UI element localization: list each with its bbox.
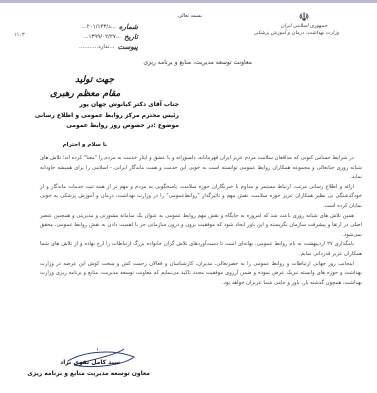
paragraph: همین تلاش های شبانه روزی باعث شد که امرو…	[40, 212, 362, 241]
letter-subject: موضوع :در خصوص روز روابط عمومی	[0, 121, 179, 132]
addressee-block: جناب آقای دکتر کیانوش جهان پور رئیس محتر…	[0, 100, 179, 132]
signature-mark: ۱	[96, 347, 99, 353]
letter-meta: شماره ...د/۲۰۱/۱۴۳... تاریخ ...۱۳۹۹/۰۲/۲…	[48, 22, 138, 52]
paragraph: در شرایط حساس کنونی که مدافعان سلامت مرد…	[40, 154, 362, 183]
letterhead-emblem: ☫ جمهوری اسلامی ایران وزارت بهداشت، درما…	[269, 11, 339, 37]
bismillah: بسمه تعالی	[178, 13, 202, 19]
paragraph: ارائه و اطلاع رسانی مرتب، ارتباط مستمر و…	[40, 183, 362, 212]
number-label: شماره	[119, 22, 138, 32]
deputy-heading: معاونت توسعه مدیریت، منابع و برنامه ریزی	[143, 59, 252, 66]
greeting: با سلام و احترام	[63, 142, 107, 148]
attachment-label: پیوست	[118, 42, 138, 52]
reference-code: ۱۱۰۳	[14, 32, 25, 38]
emblem-line-2: وزارت بهداشت، درمان و آموزش پزشکی	[269, 30, 339, 37]
addressee-title: رئیس محترم مرکز روابط عمومی و اطلاع رسان…	[0, 111, 179, 122]
paragraph: اینجانب روز جهانی ارتباطات و روابط عمومی…	[40, 260, 362, 289]
signer-title: معاون توسعه مدیریت منابع و برنامه ریزی	[27, 370, 150, 377]
date-label: تاریخ	[124, 32, 138, 42]
attachment-value: ...ندارد...........	[79, 42, 115, 52]
paragraph: نامگذاری ۲۷ اردیبهشت به نام روابط عمومی،…	[40, 240, 362, 259]
letter-body: در شرایط حساس کنونی که مدافعان سلامت مرد…	[40, 154, 362, 288]
iran-emblem-icon: ☫	[269, 11, 339, 23]
handwritten-note-1: جهت تولید	[75, 75, 114, 85]
addressee-name: جناب آقای دکتر کیانوش جهان پور	[0, 100, 179, 111]
date-value: ...۱۳۹۹/۰۲/۲۷...	[83, 32, 121, 42]
number-value: ...د/۲۰۱/۱۴۳...	[82, 22, 116, 32]
meta-number: شماره ...د/۲۰۱/۱۴۳...	[48, 22, 138, 32]
meta-date: تاریخ ...۱۳۹۹/۰۲/۲۷...	[48, 32, 138, 42]
meta-attachment: پیوست ...ندارد...........	[48, 42, 138, 52]
emblem-line-1: جمهوری اسلامی ایران	[269, 23, 339, 30]
official-letter: ☫ جمهوری اسلامی ایران وزارت بهداشت، درما…	[0, 3, 377, 393]
handwritten-note-2: مقام معظم رهبری	[50, 89, 120, 99]
signer-name: سید کامل تقوی نژاد	[60, 359, 120, 366]
